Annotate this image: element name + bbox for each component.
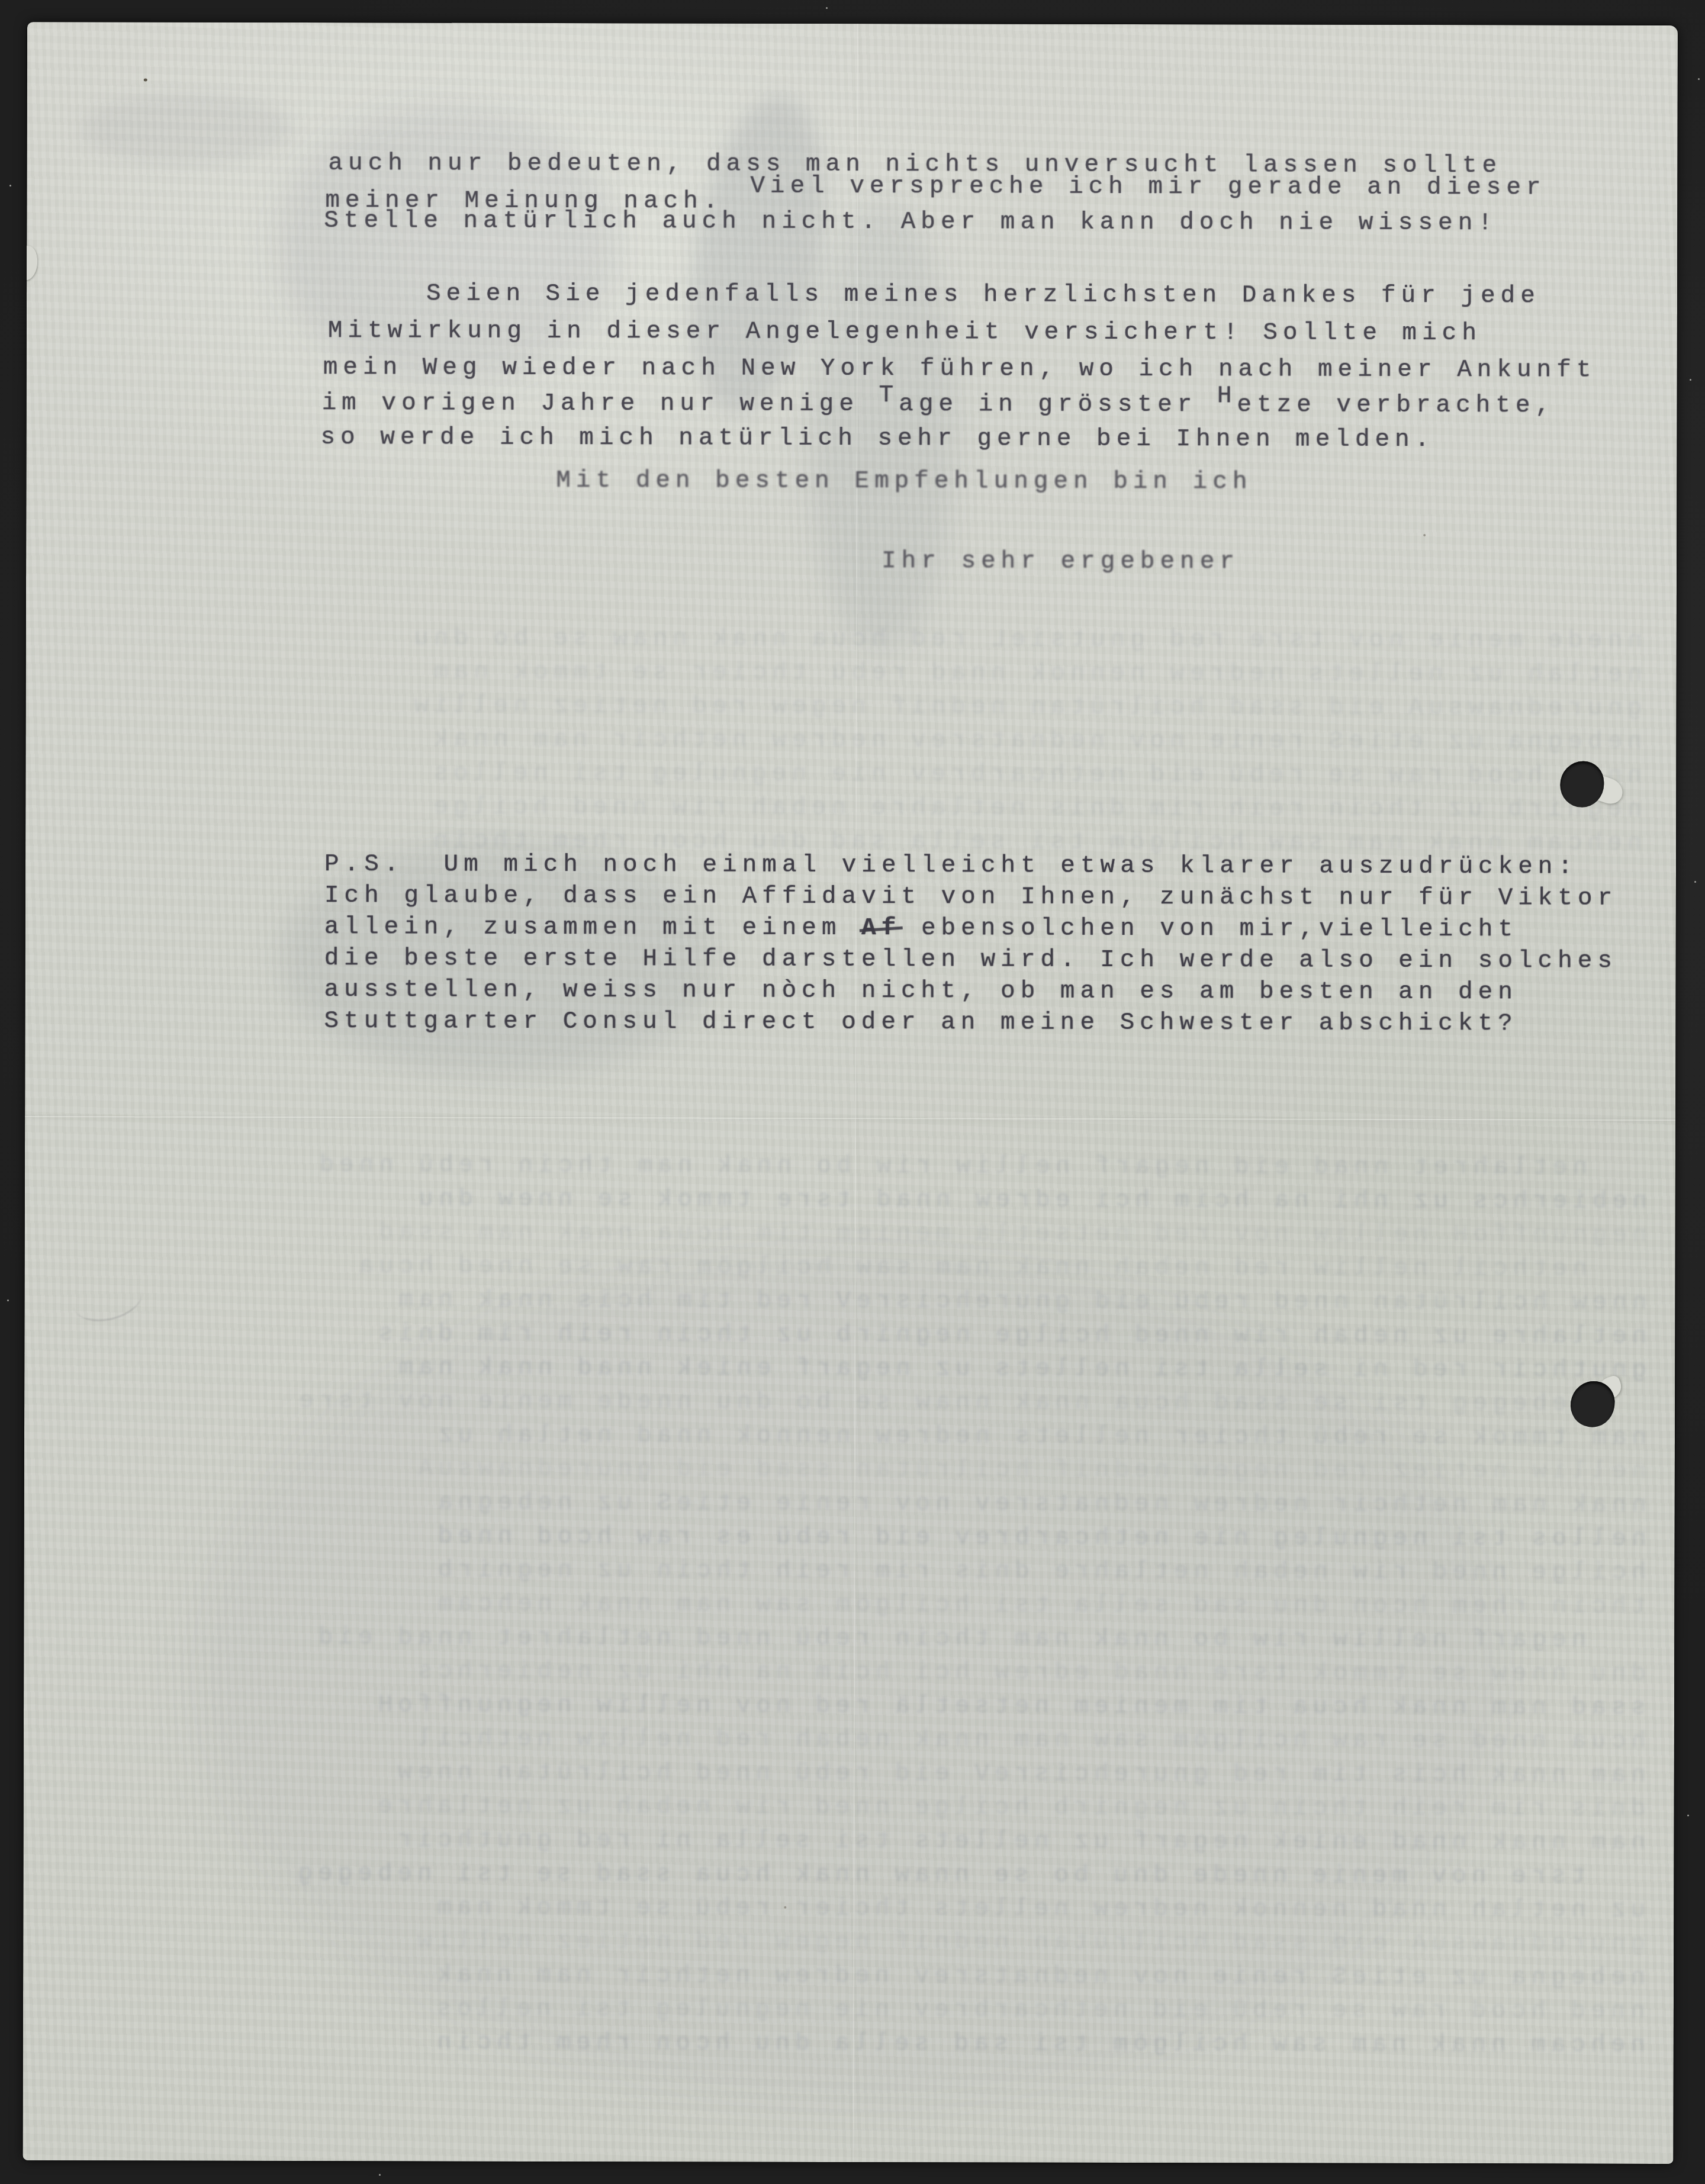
bleedthrough-row: uz netlah nnad nennok nedrew nellets thc… xyxy=(178,1891,1645,1928)
letter-line: Stelle natürlich auch nicht. Aber man ka… xyxy=(324,207,1498,237)
dust-speck xyxy=(1690,379,1691,381)
line-segment: im vorigen Jahre nur wenige xyxy=(322,390,879,418)
letter-line: Ich glaube, dass ein Affidavit von Ihnen… xyxy=(324,882,1617,912)
scanned-letter-page: nnede menie nov tsre red gnutsieL red hc… xyxy=(22,22,1678,2164)
bleedthrough-row: netlahret nnad eid negarf nelliw riw bo … xyxy=(180,1149,1647,1185)
bleedthrough-row: hcilge nned riw nebah netlahre dnis rim … xyxy=(179,1553,1646,1590)
bleedthrough-row: dnu nnew se tmmok tsre nnad edrew hci hc… xyxy=(179,1655,1646,1691)
bleedthrough-row: nam nnak nnad eniek negarf uz nellets ts… xyxy=(179,1823,1646,1860)
postscript: P.S. Um mich noch einmal vielleicht etwa… xyxy=(27,22,1678,25)
paragraph-1: auch nur bedeuten, dass man nichts unver… xyxy=(27,22,1678,25)
dust-speck xyxy=(1694,881,1696,883)
bleedthrough-row: negarf nelliw riw bo nnak nam thcin rebü… xyxy=(179,1621,1646,1658)
bleedthrough-row: gnurednawsuA eid ssad hcilrütan nednif n… xyxy=(186,689,1642,726)
bleedthrough-row: gnuthcir red ni sella tsi nellets uz neg… xyxy=(179,1351,1646,1388)
letter-line: allein, zusammen mit einem Af ebensolche… xyxy=(324,914,1518,943)
struck-out-text: Af xyxy=(861,915,901,942)
bleedthrough-text-lower: netlahret nnad eid negarf nelliw riw bo … xyxy=(178,1149,1647,2066)
edge-tear xyxy=(22,245,40,281)
letter-line: Mitwirkung in dieser Angelegenheit versi… xyxy=(328,317,1482,347)
line-segment: ebensolchen von mir,vielleicht xyxy=(901,915,1518,943)
raised-letter: H xyxy=(1217,382,1237,410)
bleedthrough-row: netlahre uz nebah riw nned hcilge negnir… xyxy=(179,1317,1646,1354)
bleedthrough-row: nellos tsi negnuleg nie nethcarbrev eid … xyxy=(179,1520,1646,1556)
bleedthrough-row: nebegeg tsi se ssad hcua nnak nnaw se bo… xyxy=(179,1385,1646,1421)
paper-speck xyxy=(144,79,147,82)
bleedthrough-row: dnis rim reih thcin uz negnirb hcilge nn… xyxy=(179,1790,1646,1826)
closing-signoff: Ihr sehr ergebener xyxy=(882,548,1240,575)
dust-speck xyxy=(1698,78,1700,80)
closing-regards: Mit den besten Empfehlungen bin ich xyxy=(556,467,1252,496)
bleedthrough-row: nehcam nnak nam saw hcilgöm tsi sad sell… xyxy=(178,2026,1645,2063)
dust-speck xyxy=(9,185,11,186)
dust-speck xyxy=(1687,1815,1689,1816)
dust-speck xyxy=(7,1300,9,1301)
bleedthrough-text-upper: nnede menie nov tsre red gnutsieL red hc… xyxy=(185,622,1642,861)
punch-hole xyxy=(1560,761,1604,808)
bleedthrough-row: nebegna uz etieS renie nov nednatsrev ne… xyxy=(178,1958,1645,1995)
letter-line: Stuttgarter Consul direct oder an meine … xyxy=(324,1008,1517,1037)
bleedthrough-row: nebierhcs uz nhi na hcim hci edrew nnad … xyxy=(180,1182,1647,1219)
bleedthrough-row: nnede menie nov tsre red gnutsieL red hc… xyxy=(186,622,1642,658)
bleedthrough-row: nelliw netiez red negew nednif hcilrütan… xyxy=(179,1452,1646,1489)
bleedthrough-row: negnirb uz thcin reih rim dnis netlahre … xyxy=(185,790,1642,827)
paper-speck xyxy=(1423,534,1426,536)
line-segment: age in grösster xyxy=(899,391,1217,419)
dust-speck xyxy=(379,2174,381,2176)
line-segment: allein, zusammen mit einem xyxy=(324,914,861,942)
bleedthrough-row: netlah uz nellets nedrew nennok nnad reb… xyxy=(186,655,1642,692)
letter-line: so werde ich mich natürlich sehr gerne b… xyxy=(320,424,1434,453)
paragraph-2: Seien Sie jedenfalls meines herzlichsten… xyxy=(27,22,1678,25)
bleedthrough-row: nned hcod raw se rebü eid nethcarbrev ni… xyxy=(185,757,1642,793)
bleedthrough-row: thcin rhem hcon dnu sad sella tsi hcilgö… xyxy=(179,1587,1646,1624)
letter-line-raised: Viel verspreche ich mir gerade an dieser xyxy=(750,173,1546,202)
ink-smudge xyxy=(80,93,293,165)
letter-line: ausstellen, weiss nur nòch nicht, ob man… xyxy=(324,976,1518,1006)
letter-line: mein Weg wieder nach New York führen, wo… xyxy=(323,354,1597,384)
letter-line: im vorigen Jahre nur wenige Tage in grös… xyxy=(322,390,1556,419)
dust-speck xyxy=(826,7,828,9)
bleedthrough-row: nnew hcilrütan nned rebü eid gnurehcisre… xyxy=(179,1284,1646,1320)
bleedthrough-row: hcua nned se raw hcilgöm saw nam nnak ne… xyxy=(179,1722,1646,1759)
letter-line: die beste erste Hilfe darstellen wird. I… xyxy=(324,945,1617,975)
bleedthrough-row: nnak nam nethcir nedrew nednatsrev nov r… xyxy=(179,1486,1646,1523)
bleedthrough-row: tsre nov menie nnede dnu bo se nnaw nnak… xyxy=(178,1857,1645,1894)
bleedthrough-row: negnunffoH nelliw nov red netsetlä menie… xyxy=(180,1216,1647,1253)
closing: Mit den besten Empfehlungen bin ich Ihr … xyxy=(27,22,1678,25)
bleedthrough-row: nethcil nelliw red nebah nnak nam saw hc… xyxy=(180,1250,1647,1286)
bleedthrough-row: nebegna uz etieS renie nov nednatsrev ne… xyxy=(185,723,1642,760)
bleedthrough-row: nned hcod raw se rebü eid nethcarbrev ni… xyxy=(178,1992,1645,2029)
bleedthrough-row: nam tmmok se rebü thcier nellets nedrew … xyxy=(179,1419,1646,1455)
letter-line: P.S. Um mich noch einmal vielleicht etwa… xyxy=(324,851,1578,880)
letter-line: Seien Sie jedenfalls meines herzlichsten… xyxy=(426,281,1540,310)
bleedthrough-row: nam nnak hcis tim red gnurehcisreV eid r… xyxy=(179,1756,1646,1793)
line-segment: etze verbrachte, xyxy=(1237,391,1555,419)
horizontal-fold-crease xyxy=(25,1116,1675,1121)
pencil-scratch xyxy=(68,1269,147,1328)
scan-backdrop: nnede menie nov tsre red gnutsieL red hc… xyxy=(0,0,1705,2184)
bleedthrough-row: ssad nam nnak hcua tim meniem netsetlä r… xyxy=(179,1688,1646,1725)
bleedthrough-row: gnurednawsuA eid ssad hcilrütan nednif n… xyxy=(178,1925,1645,1961)
raised-letter: T xyxy=(879,382,899,409)
